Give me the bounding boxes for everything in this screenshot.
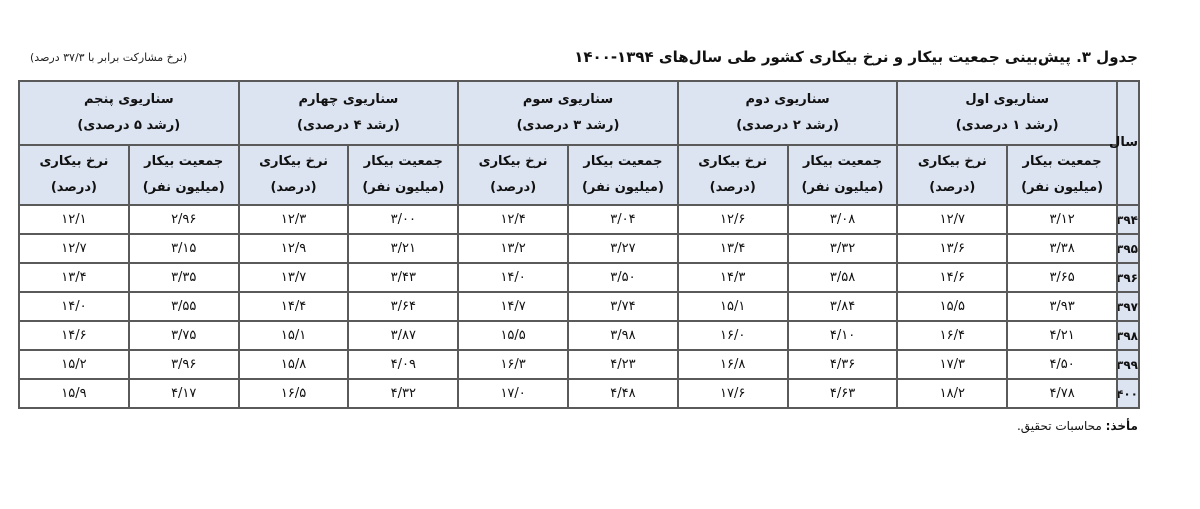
- unemployment-rate-cell: ۱۲/۱: [19, 205, 129, 234]
- unemployed-population-cell: ۳/۳۵: [129, 263, 239, 292]
- source-label: مأخذ:: [1106, 419, 1138, 433]
- unemployed-population-cell: ۳/۶۵: [1007, 263, 1117, 292]
- unemployment-rate-cell: ۱۶/۳: [458, 350, 568, 379]
- unemployed-population-cell: ۴/۳۲: [348, 379, 458, 408]
- table-row: ۱۳۹۹۴/۵۰۱۷/۳۴/۳۶۱۶/۸۴/۲۳۱۶/۳۴/۰۹۱۵/۸۳/۹۶…: [19, 350, 1139, 379]
- unemployment-rate-cell: ۱۵/۵: [458, 321, 568, 350]
- unemployed-population-cell: ۴/۳۶: [788, 350, 898, 379]
- unemployment-rate-cell: ۱۴/۶: [19, 321, 129, 350]
- unemployed-population-cell: ۳/۱۵: [129, 234, 239, 263]
- unemployed-population-cell: ۲/۹۶: [129, 205, 239, 234]
- unemployment-rate-cell: ۱۶/۵: [239, 379, 349, 408]
- unemployed-population-cell: ۳/۰۴: [568, 205, 678, 234]
- year-cell: ۱۳۹۵: [1117, 234, 1139, 263]
- unemployment-rate-header: نرخ بیکاری(درصد): [458, 145, 568, 205]
- unemployment-rate-cell: ۱۸/۲: [897, 379, 1007, 408]
- unemployment-rate-cell: ۱۴/۶: [897, 263, 1007, 292]
- unemployment-rate-cell: ۱۲/۶: [678, 205, 788, 234]
- unemployment-rate-cell: ۱۳/۶: [897, 234, 1007, 263]
- unemployment-rate-cell: ۱۳/۴: [19, 263, 129, 292]
- table-row: ۱۴۰۰۴/۷۸۱۸/۲۴/۶۳۱۷/۶۴/۴۸۱۷/۰۴/۳۲۱۶/۵۴/۱۷…: [19, 379, 1139, 408]
- unemployed-population-cell: ۴/۷۸: [1007, 379, 1117, 408]
- unemployment-rate-header: نرخ بیکاری(درصد): [239, 145, 349, 205]
- unemployed-population-cell: ۳/۳۲: [788, 234, 898, 263]
- table-row: ۱۳۹۸۴/۲۱۱۶/۴۴/۱۰۱۶/۰۳/۹۸۱۵/۵۳/۸۷۱۵/۱۳/۷۵…: [19, 321, 1139, 350]
- unemployment-rate-cell: ۱۴/۰: [458, 263, 568, 292]
- unemployment-rate-header: نرخ بیکاری(درصد): [678, 145, 788, 205]
- unemployment-rate-cell: ۱۳/۲: [458, 234, 568, 263]
- table-row: ۱۳۹۶۳/۶۵۱۴/۶۳/۵۸۱۴/۳۳/۵۰۱۴/۰۳/۴۳۱۳/۷۳/۳۵…: [19, 263, 1139, 292]
- unemployment-rate-cell: ۱۳/۷: [239, 263, 349, 292]
- table-body: ۱۳۹۴۳/۱۲۱۲/۷۳/۰۸۱۲/۶۳/۰۴۱۲/۴۳/۰۰۱۲/۳۲/۹۶…: [19, 205, 1139, 408]
- unemployed-population-header: جمعیت بیکار(میلیون نفر): [129, 145, 239, 205]
- unemployed-population-cell: ۳/۸۴: [788, 292, 898, 321]
- unemployment-rate-header: نرخ بیکاری(درصد): [897, 145, 1007, 205]
- unemployed-population-cell: ۴/۱۷: [129, 379, 239, 408]
- unemployment-rate-cell: ۱۴/۴: [239, 292, 349, 321]
- unemployed-population-cell: ۳/۷۴: [568, 292, 678, 321]
- unemployed-population-cell: ۳/۷۵: [129, 321, 239, 350]
- year-cell: ۱۴۰۰: [1117, 379, 1139, 408]
- unemployed-population-cell: ۴/۱۰: [788, 321, 898, 350]
- unemployment-rate-cell: ۱۴/۰: [19, 292, 129, 321]
- unemployed-population-cell: ۳/۱۲: [1007, 205, 1117, 234]
- unemployment-rate-cell: ۱۶/۰: [678, 321, 788, 350]
- table-row: ۱۳۹۵۳/۳۸۱۳/۶۳/۳۲۱۳/۴۳/۲۷۱۳/۲۳/۲۱۱۲/۹۳/۱۵…: [19, 234, 1139, 263]
- unemployment-rate-cell: ۱۲/۹: [239, 234, 349, 263]
- unemployed-population-cell: ۳/۰۸: [788, 205, 898, 234]
- unemployment-rate-header: نرخ بیکاری(درصد): [19, 145, 129, 205]
- unemployed-population-cell: ۴/۰۹: [348, 350, 458, 379]
- source-text: محاسبات تحقیق.: [1017, 419, 1102, 433]
- scenario-header: سناریوی دوم(رشد ۲ درصدی): [678, 81, 898, 145]
- unemployed-population-cell: ۳/۲۱: [348, 234, 458, 263]
- unemployment-rate-cell: ۱۵/۸: [239, 350, 349, 379]
- unemployment-rate-cell: ۱۲/۳: [239, 205, 349, 234]
- unemployed-population-cell: ۳/۲۷: [568, 234, 678, 263]
- unemployment-rate-cell: ۱۴/۷: [458, 292, 568, 321]
- unemployment-rate-cell: ۱۳/۴: [678, 234, 788, 263]
- year-column-header: سال: [1117, 81, 1139, 205]
- unemployed-population-cell: ۳/۹۸: [568, 321, 678, 350]
- unemployed-population-cell: ۳/۸۷: [348, 321, 458, 350]
- year-cell: ۱۳۹۸: [1117, 321, 1139, 350]
- unemployment-rate-cell: ۱۶/۴: [897, 321, 1007, 350]
- year-cell: ۱۳۹۷: [1117, 292, 1139, 321]
- unemployed-population-cell: ۳/۵۸: [788, 263, 898, 292]
- year-cell: ۱۳۹۹: [1117, 350, 1139, 379]
- participation-note: (نرخ مشارکت برابر با ۳۷/۳ درصد): [30, 51, 187, 64]
- unemployed-population-cell: ۴/۵۰: [1007, 350, 1117, 379]
- unemployed-population-cell: ۴/۲۳: [568, 350, 678, 379]
- year-cell: ۱۳۹۶: [1117, 263, 1139, 292]
- unemployed-population-cell: ۴/۶۳: [788, 379, 898, 408]
- unemployment-rate-cell: ۱۷/۳: [897, 350, 1007, 379]
- unemployed-population-header: جمعیت بیکار(میلیون نفر): [788, 145, 898, 205]
- unemployment-rate-cell: ۱۲/۷: [897, 205, 1007, 234]
- unemployed-population-cell: ۳/۴۳: [348, 263, 458, 292]
- unemployed-population-header: جمعیت بیکار(میلیون نفر): [348, 145, 458, 205]
- unemployed-population-cell: ۳/۹۳: [1007, 292, 1117, 321]
- scenario-header: سناریوی سوم(رشد ۳ درصدی): [458, 81, 678, 145]
- unemployed-population-cell: ۳/۰۰: [348, 205, 458, 234]
- unemployed-population-cell: ۴/۴۸: [568, 379, 678, 408]
- unemployed-population-cell: ۳/۹۶: [129, 350, 239, 379]
- unemployed-population-header: جمعیت بیکار(میلیون نفر): [568, 145, 678, 205]
- caption-row: جدول ۳. پیش‌بینی جمعیت بیکار و نرخ بیکار…: [30, 48, 1138, 72]
- table-row: ۱۳۹۷۳/۹۳۱۵/۵۳/۸۴۱۵/۱۳/۷۴۱۴/۷۳/۶۴۱۴/۴۳/۵۵…: [19, 292, 1139, 321]
- table-title: جدول ۳. پیش‌بینی جمعیت بیکار و نرخ بیکار…: [574, 48, 1138, 66]
- unemployed-population-cell: ۳/۵۵: [129, 292, 239, 321]
- scenario-header: سناریوی اول(رشد ۱ درصدی): [897, 81, 1117, 145]
- unemployment-rate-cell: ۱۵/۱: [239, 321, 349, 350]
- unemployed-population-cell: ۳/۳۸: [1007, 234, 1117, 263]
- unemployment-forecast-table: سال سناریوی اول(رشد ۱ درصدی) سناریوی دوم…: [18, 80, 1140, 409]
- unemployment-rate-cell: ۱۲/۴: [458, 205, 568, 234]
- sub-header-row: جمعیت بیکار(میلیون نفر)نرخ بیکاری(درصد)ج…: [19, 145, 1139, 205]
- unemployment-rate-cell: ۱۴/۳: [678, 263, 788, 292]
- unemployed-population-header: جمعیت بیکار(میلیون نفر): [1007, 145, 1117, 205]
- scenario-header: سناریوی چهارم(رشد ۴ درصدی): [239, 81, 459, 145]
- table-row: ۱۳۹۴۳/۱۲۱۲/۷۳/۰۸۱۲/۶۳/۰۴۱۲/۴۳/۰۰۱۲/۳۲/۹۶…: [19, 205, 1139, 234]
- unemployment-rate-cell: ۱۷/۶: [678, 379, 788, 408]
- source-note: مأخذ: محاسبات تحقیق.: [1017, 419, 1138, 433]
- unemployed-population-cell: ۳/۶۴: [348, 292, 458, 321]
- unemployment-rate-cell: ۱۵/۵: [897, 292, 1007, 321]
- unemployed-population-cell: ۳/۵۰: [568, 263, 678, 292]
- unemployment-rate-cell: ۱۷/۰: [458, 379, 568, 408]
- unemployed-population-cell: ۴/۲۱: [1007, 321, 1117, 350]
- scenario-header: سناریوی پنجم(رشد ۵ درصدی): [19, 81, 239, 145]
- unemployment-rate-cell: ۱۶/۸: [678, 350, 788, 379]
- year-cell: ۱۳۹۴: [1117, 205, 1139, 234]
- unemployment-rate-cell: ۱۲/۷: [19, 234, 129, 263]
- unemployment-rate-cell: ۱۵/۱: [678, 292, 788, 321]
- unemployment-rate-cell: ۱۵/۹: [19, 379, 129, 408]
- unemployment-rate-cell: ۱۵/۲: [19, 350, 129, 379]
